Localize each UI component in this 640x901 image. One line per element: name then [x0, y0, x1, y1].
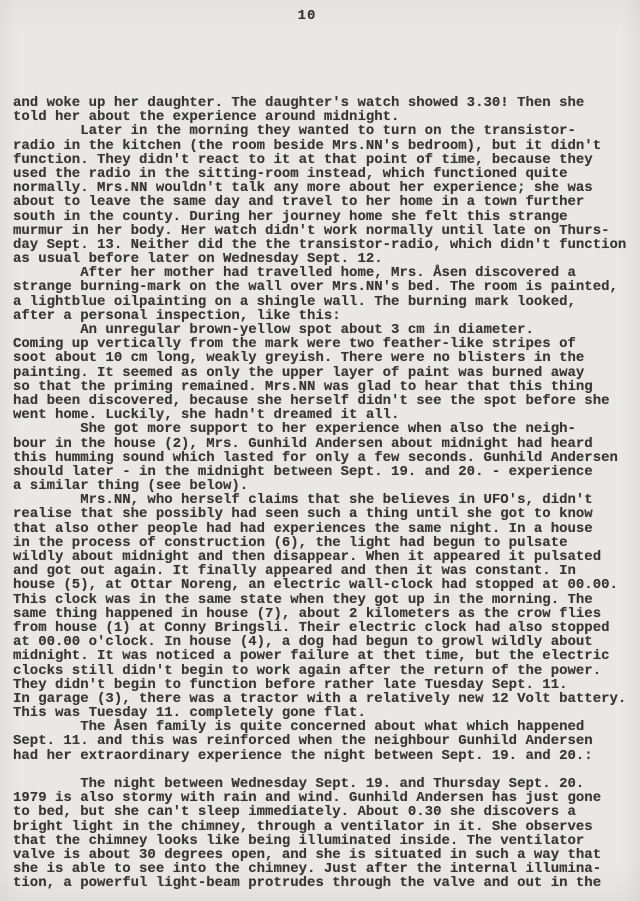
text-line: radio in the kitchen (the room beside Mr… — [13, 139, 640, 153]
text-line: In garage (3), there was a tractor with … — [13, 692, 640, 706]
text-line: soot about 10 cm long, weakly greyish. T… — [13, 351, 640, 365]
text-line: to bed, but she can't sleep immediately.… — [13, 805, 640, 819]
text-line: tion, a powerful light-beam protrudes th… — [13, 876, 640, 890]
text-line: realise that she possibly had seen such … — [13, 507, 640, 521]
text-line: in the process of construction (6), the … — [13, 536, 640, 550]
text-line: midnight. It was noticed a power failure… — [13, 649, 640, 663]
text-line: had been discovered, because she herself… — [13, 394, 640, 408]
text-line: house (5), at Ottar Noreng, an electric … — [13, 578, 640, 592]
text-line: should later - in the midnight between S… — [13, 465, 640, 479]
text-line: had her extraordinary experience the nig… — [13, 749, 640, 763]
text-line: painting. It seemed as only the upper la… — [13, 366, 640, 380]
text-line — [13, 763, 640, 777]
page-number: 10 — [0, 8, 614, 24]
text-line: south in the county. During her journey … — [13, 210, 640, 224]
text-line: strange burning-mark on the wall over Mr… — [13, 280, 640, 294]
text-line: She got more support to her experience w… — [13, 422, 640, 436]
text-line: They didn't begin to function before rat… — [13, 678, 640, 692]
text-line: function. They didn't react to it at tha… — [13, 153, 640, 167]
text-line: clocks still didn't begin to work again … — [13, 664, 640, 678]
text-line: about to leave the same day and travel t… — [13, 195, 640, 209]
text-line: Sept. 11. and this was reinforced when t… — [13, 734, 640, 748]
text-line: day Sept. 13. Neither did the the transi… — [13, 238, 640, 252]
text-line: used the radio in the sitting-room inste… — [13, 167, 640, 181]
text-line: this humming sound which lasted for only… — [13, 451, 640, 465]
text-line: that the chimney looks like being illumi… — [13, 834, 640, 848]
text-line: so that the priming remained. Mrs.NN was… — [13, 380, 640, 394]
text-line: a lightblue oilpainting on a shingle wal… — [13, 295, 640, 309]
text-line: bour in the house (2), Mrs. Gunhild Ande… — [13, 437, 640, 451]
text-line: bright light in the chimney, through a v… — [13, 820, 640, 834]
text-line: after a personal inspection, like this: — [13, 309, 640, 323]
text-line: same thing happened in house (7), about … — [13, 607, 640, 621]
text-line: Later in the morning they wanted to turn… — [13, 124, 640, 138]
text-line: from house (1) at Conny Bringsli. Their … — [13, 621, 640, 635]
text-line: that also other people had had experienc… — [13, 522, 640, 536]
text-line: valve is about 30 degrees open, and she … — [13, 848, 640, 862]
text-line: This clock was in the same state when th… — [13, 593, 640, 607]
document-body-text: and woke up her daughter. The daughter's… — [13, 96, 640, 891]
text-line: murmur in her body. Her watch didn't wor… — [13, 224, 640, 238]
scanned-typewritten-page: 10 and woke up her daughter. The daughte… — [0, 0, 640, 901]
